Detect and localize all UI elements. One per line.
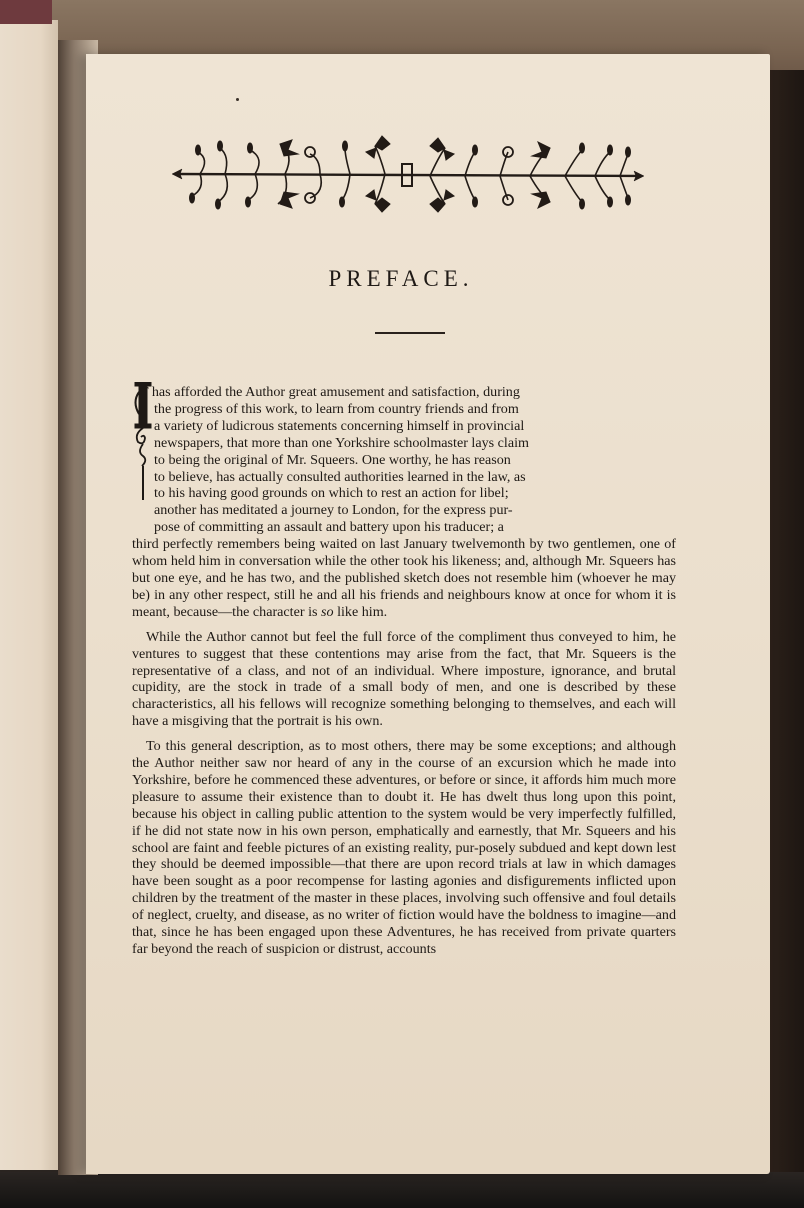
text-run: like him. [334, 604, 388, 620]
text-line: another has meditated a journey to Londo… [132, 502, 676, 519]
text-line: to believe, has actually consulted autho… [132, 469, 676, 486]
paragraph-3: To this general description, as to most … [132, 738, 676, 958]
paragraph-1-continuation: third perfectly remembers being waited o… [132, 536, 676, 621]
italic-word: so [321, 604, 334, 620]
text-line: to being the original of Mr. Squeers. On… [132, 452, 676, 469]
text-line: a variety of ludicrous statements concer… [132, 418, 676, 435]
drop-cap-i-icon [132, 382, 156, 502]
dark-background-bottom [0, 1172, 804, 1208]
text-line: the progress of this work, to learn from… [132, 401, 676, 418]
text-line: newspapers, that more than one Yorkshire… [132, 435, 676, 452]
book-page: PREFACE. T has afforded the Author great… [86, 54, 770, 1174]
left-page-edge [0, 20, 58, 1170]
text-line: T has afforded the Author great amusemen… [132, 384, 676, 401]
page-title: PREFACE. [86, 266, 716, 292]
title-rule [375, 332, 445, 334]
paragraph-1: T has afforded the Author great amusemen… [132, 384, 676, 621]
text-line: pose of committing an assault and batter… [132, 519, 676, 536]
preface-body: T has afforded the Author great amusemen… [132, 384, 676, 966]
text-run: third perfectly remembers being waited o… [132, 536, 676, 620]
floral-ornament-icon [170, 134, 646, 214]
book-cover-edge [0, 0, 52, 24]
paragraph-2: While the Author cannot but feel the ful… [132, 629, 676, 730]
paper-speck [236, 98, 239, 101]
text-line: to his having good grounds on which to r… [132, 485, 676, 502]
dark-background-right [770, 70, 804, 1208]
